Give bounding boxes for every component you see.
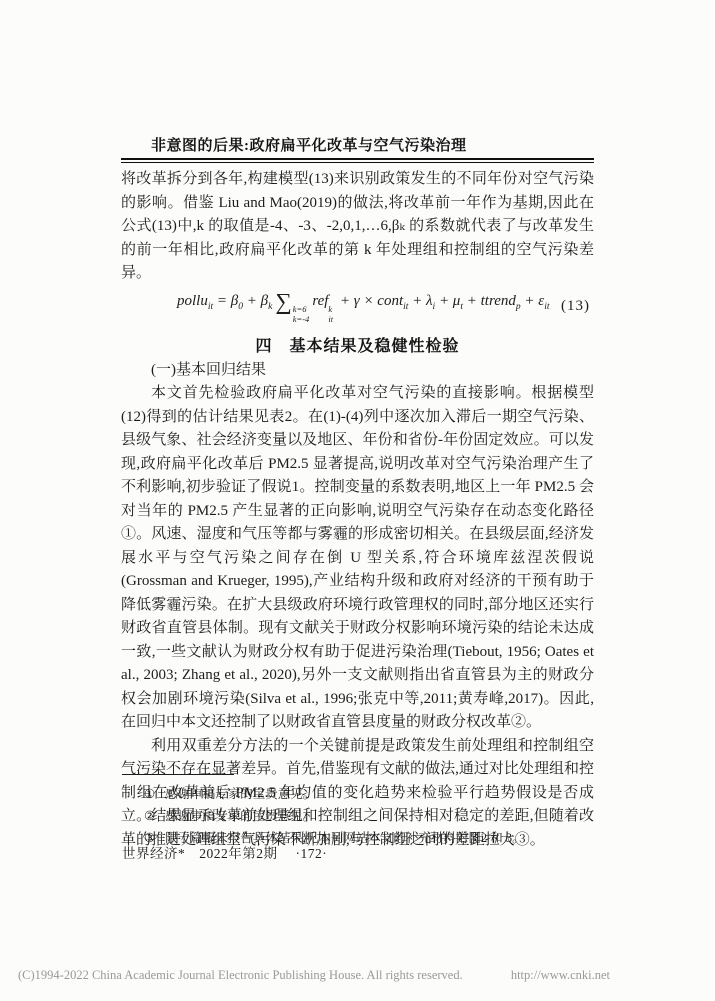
footnote-2: ②感谢审稿专家的宝贵意见。 [122,805,595,827]
footnote-2-text: 感谢审稿专家的宝贵意见。 [165,809,315,823]
footnote-1-marker: ① [144,787,155,801]
copyright-url: http://www.cnki.net [511,968,610,983]
footnote-2-marker: ② [144,809,155,823]
article-body: 将改革拆分到各年,构建模型(13)来识别政策发生的不同年份对空气污染的影响。借鉴… [121,168,594,852]
page-footer: 世界经济*2022年第2期·172· [122,842,327,862]
footnote-1-text: 感谢审稿专家的宝贵意见。 [165,787,315,801]
footnote-separator-rule [122,774,234,775]
running-head: 非意图的后果:政府扁平化改革与空气污染治理 [121,136,594,156]
equation-13: polluit = β0 + βk∑k=6k=-4refkit + γ × co… [121,286,594,328]
copyright-text: (C)1994-2022 China Academic Journal Elec… [18,968,463,983]
equation-13-expression: polluit = β0 + βk∑k=6k=-4refkit + γ × co… [177,289,549,325]
journal-name: 世界经济* [122,846,185,861]
copyright-watermark: (C)1994-2022 China Academic Journal Elec… [18,968,610,983]
footnotes: ①感谢审稿专家的宝贵意见。 ②感谢审稿专家的宝贵意见。 ③限于篇幅未报告具体结果… [122,783,595,849]
equation-13-number: (13) [561,298,590,315]
section-heading-4: 四 基本结果及稳健性检验 [121,335,594,359]
subsection-heading-1: (一)基本回归结果 [121,359,594,383]
journal-issue: 2022年第2期 [199,846,277,861]
page-content: 非意图的后果:政府扁平化改革与空气污染治理 将改革拆分到各年,构建模型(13)来… [121,136,594,852]
paragraph-baseline-results: 本文首先检验政府扁平化改革对空气污染的直接影响。根据模型(12)得到的估计结果见… [121,382,594,735]
footnote-1: ①感谢审稿专家的宝贵意见。 [122,783,595,805]
header-double-rule [121,158,594,163]
paragraph-model-13-intro: 将改革拆分到各年,构建模型(13)来识别政策发生的不同年份对空气污染的影响。借鉴… [121,168,594,286]
page-number: ·172· [296,846,328,861]
